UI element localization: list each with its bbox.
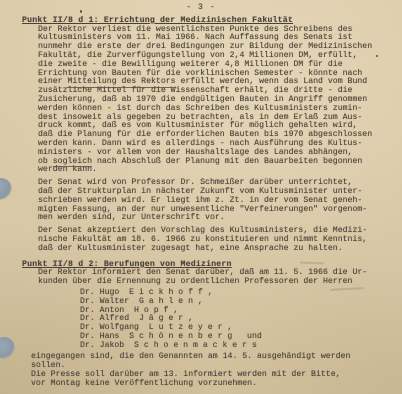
paragraph-block: Der Rektor informiert den Senat darüber,… [22,269,396,287]
paragraph-errichtung: Der Rektor verliest die wesentlichsten P… [38,26,396,176]
paragraph-presse: Die Presse soll darüber am 13. informier… [31,371,396,389]
section-punkt-ii-8-d-1: Punkt II/8 d 1: Errichtung der Medizinis… [22,17,396,254]
professor-name-list: Dr. Hugo E i c k h o f f , Dr. Walter G … [80,289,396,351]
page-number: - 3 - [22,4,380,13]
paragraph-konstituierung: Der Senat akzeptiert den Vorschlag des K… [38,227,396,253]
paragraph-block: Der Senat akzeptiert den Vorschlag des K… [22,227,396,253]
paragraph-block: Der Rektor verliest die wesentlichsten P… [22,26,396,176]
section-punkt-ii-8-d-2: Punkt II/8 d 2: Berufungen von Mediziner… [22,261,396,389]
scan-speck [80,10,82,13]
paragraph-strukturplan: Der Senat wird von Professor Dr. Schmeiß… [38,179,396,223]
punch-hole-bottom [0,337,15,359]
underline-mark-sogleich [53,166,92,167]
underline-mark-mitteilung [67,87,175,88]
paragraph-aushaendigung: eingegangen sind, die den Genannten am 1… [31,353,396,371]
paragraph-urkunden: Der Rektor informiert den Senat darüber,… [38,269,396,287]
paragraph-block: eingegangen sind, die den Genannten am 1… [22,353,396,371]
paragraph-block: Der Senat wird von Professor Dr. Schmeiß… [22,179,396,223]
punch-hole-top [0,178,12,200]
paragraph-block: Die Presse soll darüber am 13. informier… [22,371,396,389]
document-page: - 3 - Punkt II/8 d 1: Errichtung der Med… [0,0,402,394]
scan-speck [376,55,378,57]
